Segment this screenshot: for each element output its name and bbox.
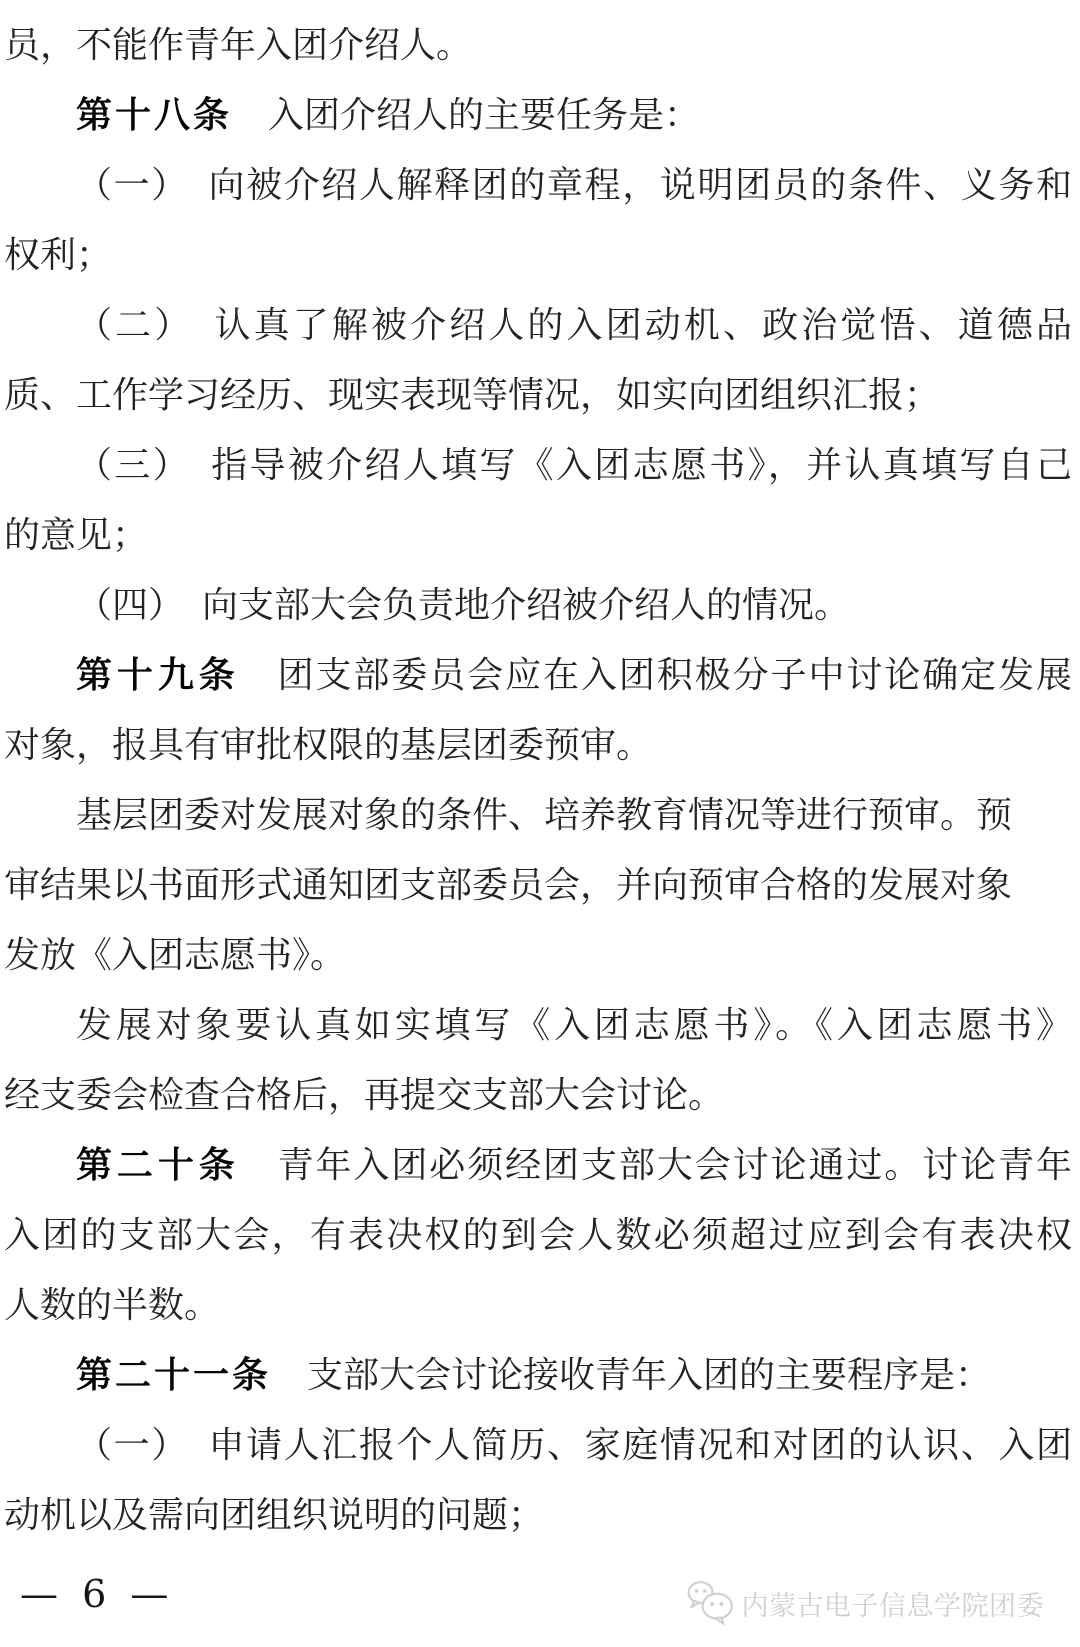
line-text: （一） 申请人汇报个人简历、家庭情况和对团的认识、入团 bbox=[76, 1425, 1072, 1465]
doc-line: 基层团委对发展对象的条件、培养教育情况等进行预审。预 bbox=[4, 780, 1072, 850]
page-number: — 6 — bbox=[20, 1572, 170, 1616]
doc-line: 对象，报具有审批权限的基层团委预审。 bbox=[4, 710, 1072, 780]
line-text: 动机以及需向团组织说明的问题； bbox=[4, 1495, 544, 1535]
doc-line: 人数的半数。 bbox=[4, 1270, 1072, 1340]
doc-line: 员，不能作青年入团介绍人。 bbox=[4, 10, 1072, 80]
line-text: （一） 向被介绍人解释团的章程，说明团员的条件、义务和 bbox=[76, 165, 1072, 205]
doc-line: （一） 申请人汇报个人简历、家庭情况和对团的认识、入团 bbox=[4, 1410, 1072, 1480]
doc-line: 的意见； bbox=[4, 500, 1072, 570]
line-text: （三） 指导被介绍人填写《入团志愿书》，并认真填写自己 bbox=[76, 445, 1072, 485]
document-page: 员，不能作青年入团介绍人。第十八条 入团介绍人的主要任务是：（一） 向被介绍人解… bbox=[0, 0, 1080, 1647]
line-text: 支部大会讨论接收青年入团的主要程序是： bbox=[271, 1355, 991, 1395]
line-text: 青年入团必须经团支部大会讨论通过。讨论青年 bbox=[240, 1145, 1072, 1185]
line-text: （二） 认真了解被介绍人的入团动机、政治觉悟、道德品 bbox=[76, 305, 1072, 345]
doc-line: （一） 向被介绍人解释团的章程，说明团员的条件、义务和 bbox=[4, 150, 1072, 220]
line-text: 入团介绍人的主要任务是： bbox=[232, 95, 700, 135]
line-text: 发放《入团志愿书》。 bbox=[4, 935, 346, 975]
line-text: 人数的半数。 bbox=[4, 1285, 220, 1325]
doc-line: 第二十一条 支部大会讨论接收青年入团的主要程序是： bbox=[4, 1340, 1072, 1410]
doc-line: 发展对象要认真如实填写《入团志愿书》。《入团志愿书》 bbox=[4, 990, 1072, 1060]
doc-line: 经支委会检查合格后，再提交支部大会讨论。 bbox=[4, 1060, 1072, 1130]
line-text: 质、工作学习经历、现实表现等情况，如实向团组织汇报； bbox=[4, 375, 940, 415]
doc-line: 第二十条 青年入团必须经团支部大会讨论通过。讨论青年 bbox=[4, 1130, 1072, 1200]
line-text: 入团的支部大会，有表决权的到会人数必须超过应到会有表决权 bbox=[4, 1215, 1072, 1255]
line-text: 的意见； bbox=[4, 515, 148, 555]
wechat-logo-icon bbox=[686, 1578, 736, 1628]
article-number: 第十八条 bbox=[76, 94, 232, 135]
doc-line: 第十九条 团支部委员会应在入团积极分子中讨论确定发展 bbox=[4, 640, 1072, 710]
doc-line: 权利； bbox=[4, 220, 1072, 290]
line-text: 发展对象要认真如实填写《入团志愿书》。《入团志愿书》 bbox=[76, 1005, 1072, 1045]
doc-line: 质、工作学习经历、现实表现等情况，如实向团组织汇报； bbox=[4, 360, 1072, 430]
line-text: 团支部委员会应在入团积极分子中讨论确定发展 bbox=[240, 655, 1072, 695]
watermark-label: 内蒙古电子信息学院团委 bbox=[742, 1584, 1045, 1623]
doc-line: （三） 指导被介绍人填写《入团志愿书》，并认真填写自己 bbox=[4, 430, 1072, 500]
document-body: 员，不能作青年入团介绍人。第十八条 入团介绍人的主要任务是：（一） 向被介绍人解… bbox=[4, 10, 1072, 1550]
line-text: 员，不能作青年入团介绍人。 bbox=[4, 25, 472, 65]
doc-line: 入团的支部大会，有表决权的到会人数必须超过应到会有表决权 bbox=[4, 1200, 1072, 1270]
article-number: 第二十条 bbox=[76, 1144, 240, 1185]
doc-line: 发放《入团志愿书》。 bbox=[4, 920, 1072, 990]
line-text: （四） 向支部大会负责地介绍被介绍人的情况。 bbox=[76, 585, 850, 625]
doc-line: （四） 向支部大会负责地介绍被介绍人的情况。 bbox=[4, 570, 1072, 640]
line-text: 经支委会检查合格后，再提交支部大会讨论。 bbox=[4, 1075, 724, 1115]
line-text: 对象，报具有审批权限的基层团委预审。 bbox=[4, 725, 652, 765]
article-number: 第十九条 bbox=[76, 654, 240, 695]
doc-line: （二） 认真了解被介绍人的入团动机、政治觉悟、道德品 bbox=[4, 290, 1072, 360]
doc-line: 第十八条 入团介绍人的主要任务是： bbox=[4, 80, 1072, 150]
article-number: 第二十一条 bbox=[76, 1354, 271, 1395]
line-text: 权利； bbox=[4, 235, 112, 275]
line-text: 审结果以书面形式通知团支部委员会，并向预审合格的发展对象 bbox=[4, 865, 1012, 905]
doc-line: 动机以及需向团组织说明的问题； bbox=[4, 1480, 1072, 1550]
line-text: 基层团委对发展对象的条件、培养教育情况等进行预审。预 bbox=[76, 795, 1012, 835]
watermark: 内蒙古电子信息学院团委 bbox=[686, 1578, 1045, 1628]
doc-line: 审结果以书面形式通知团支部委员会，并向预审合格的发展对象 bbox=[4, 850, 1072, 920]
